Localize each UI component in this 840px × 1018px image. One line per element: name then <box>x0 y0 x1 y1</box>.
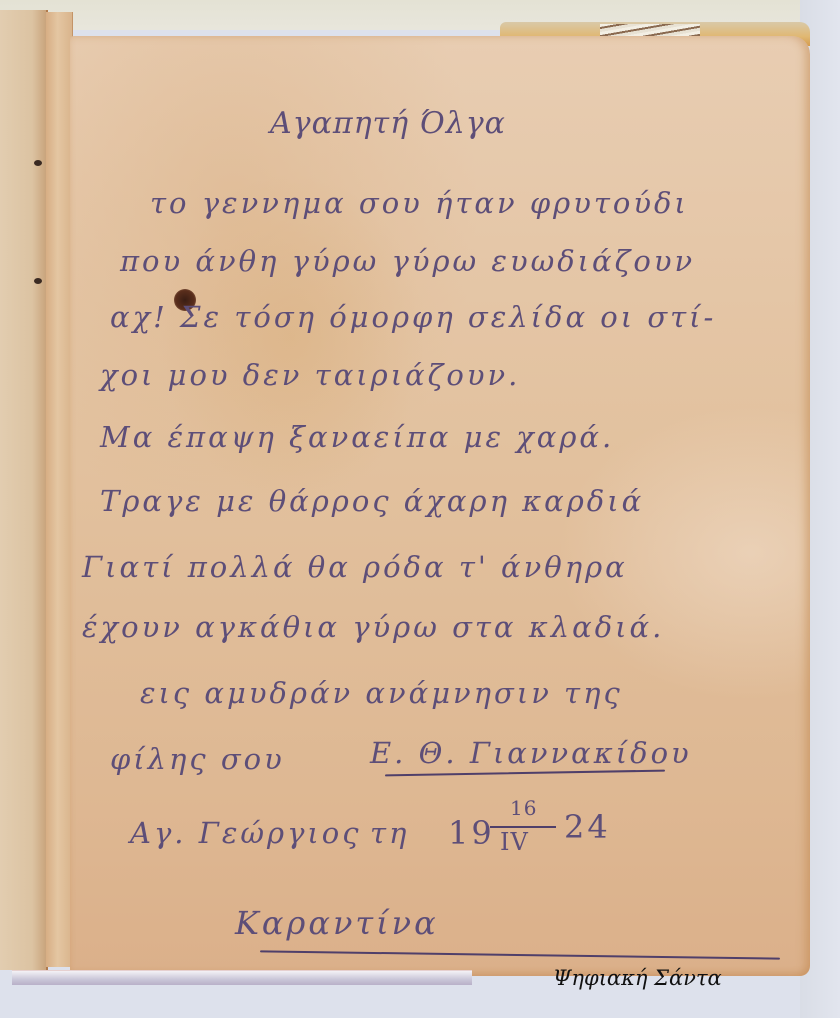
footer-place: Καραντίνα <box>235 904 439 942</box>
letter-line-6: Τραγε με θάρρος άχαρη καρδιά <box>100 484 644 518</box>
album-spine <box>46 12 73 967</box>
binding-hole <box>34 278 42 284</box>
salutation: Αγαπητή Όλγα <box>270 106 506 141</box>
letter-line-5: Μα έπαψη ξαναείπα με χαρά. <box>100 420 614 454</box>
signature-underline <box>385 770 665 777</box>
place: Αγ. Γεώργιος <box>130 816 362 850</box>
footer-underline <box>260 950 780 959</box>
letter-line-7: Γιατί πολλά θα ρόδα τ' άνθηρα <box>82 550 628 584</box>
date-prefix: τη <box>370 816 409 850</box>
facing-page-edge <box>0 10 48 970</box>
closing-line-2: φίλης σου <box>110 742 285 776</box>
letter-line-4: χοι μου δεν ταιριάζουν. <box>100 358 520 392</box>
date-month: IV <box>500 828 529 856</box>
signature: Ε. Θ. Γιαννακίδου <box>370 736 692 770</box>
foil-bottom-edge <box>12 970 472 985</box>
date-year-start: 19 <box>448 814 495 852</box>
letter-line-2: που άνθη γύρω γύρω ευωδιάζουν <box>120 244 695 278</box>
watermark: Ψηφιακή Σάντα <box>553 966 722 990</box>
date-day: 16 <box>510 796 537 820</box>
letter-line-1: το γεννημα σου ήταν φρυτούδι <box>150 186 689 220</box>
closing-line-1: εις αμυδράν ανάμνησιν της <box>140 676 623 710</box>
date-year-end: 24 <box>564 808 611 846</box>
binding-hole <box>34 160 42 166</box>
album-page: Αγαπητή Όλγα το γεννημα σου ήταν φρυτούδ… <box>70 36 810 976</box>
letter-line-3: αχ! Σε τόση όμορφη σελίδα οι στί- <box>110 300 716 334</box>
letter-line-8: έχουν αγκάθια γύρω στα κλαδιά. <box>82 610 664 644</box>
